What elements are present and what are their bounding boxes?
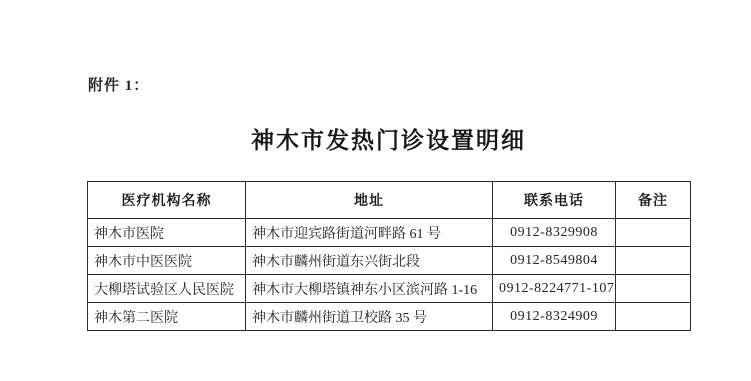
cell-institution: 神木市中医医院 — [88, 247, 246, 275]
table-row: 神木市医院 神木市迎宾路街道河畔路 61 号 0912-8329908 — [88, 219, 691, 247]
page-title: 神木市发热门诊设置明细 — [87, 122, 690, 155]
col-header-remark: 备注 — [616, 182, 691, 219]
cell-phone: 0912-8224771-1071 — [493, 275, 616, 303]
cell-remark — [616, 219, 691, 247]
header-row: 医疗机构名称 地址 联系电话 备注 — [88, 182, 691, 219]
cell-address: 神木市迎宾路街道河畔路 61 号 — [246, 219, 493, 247]
table-row: 神木市中医医院 神木市麟州街道东兴街北段 0912-8549804 — [88, 247, 691, 275]
fever-clinic-table: 医疗机构名称 地址 联系电话 备注 神木市医院 神木市迎宾路街道河畔路 61 号… — [87, 181, 691, 331]
col-header-phone: 联系电话 — [493, 182, 616, 219]
table-body: 神木市医院 神木市迎宾路街道河畔路 61 号 0912-8329908 神木市中… — [88, 219, 691, 331]
cell-institution: 大柳塔试验区人民医院 — [88, 275, 246, 303]
cell-address: 神木市麟州街道卫校路 35 号 — [246, 303, 493, 331]
col-header-address: 地址 — [246, 182, 493, 219]
document-page: 附件 1： 神木市发热门诊设置明细 医疗机构名称 地址 联系电话 备注 神木市医… — [0, 0, 751, 381]
cell-phone: 0912-8329908 — [493, 219, 616, 247]
cell-remark — [616, 275, 691, 303]
cell-remark — [616, 303, 691, 331]
cell-institution: 神木第二医院 — [88, 303, 246, 331]
cell-phone: 0912-8324909 — [493, 303, 616, 331]
table-row: 大柳塔试验区人民医院 神木市大柳塔镇神东小区滨河路 1-16 0912-8224… — [88, 275, 691, 303]
cell-institution: 神木市医院 — [88, 219, 246, 247]
col-header-institution: 医疗机构名称 — [88, 182, 246, 219]
cell-phone: 0912-8549804 — [493, 247, 616, 275]
cell-address: 神木市大柳塔镇神东小区滨河路 1-16 — [246, 275, 493, 303]
attachment-label: 附件 1： — [88, 74, 149, 95]
table-header: 医疗机构名称 地址 联系电话 备注 — [88, 182, 691, 219]
cell-remark — [616, 247, 691, 275]
table-row: 神木第二医院 神木市麟州街道卫校路 35 号 0912-8324909 — [88, 303, 691, 331]
cell-address: 神木市麟州街道东兴街北段 — [246, 247, 493, 275]
